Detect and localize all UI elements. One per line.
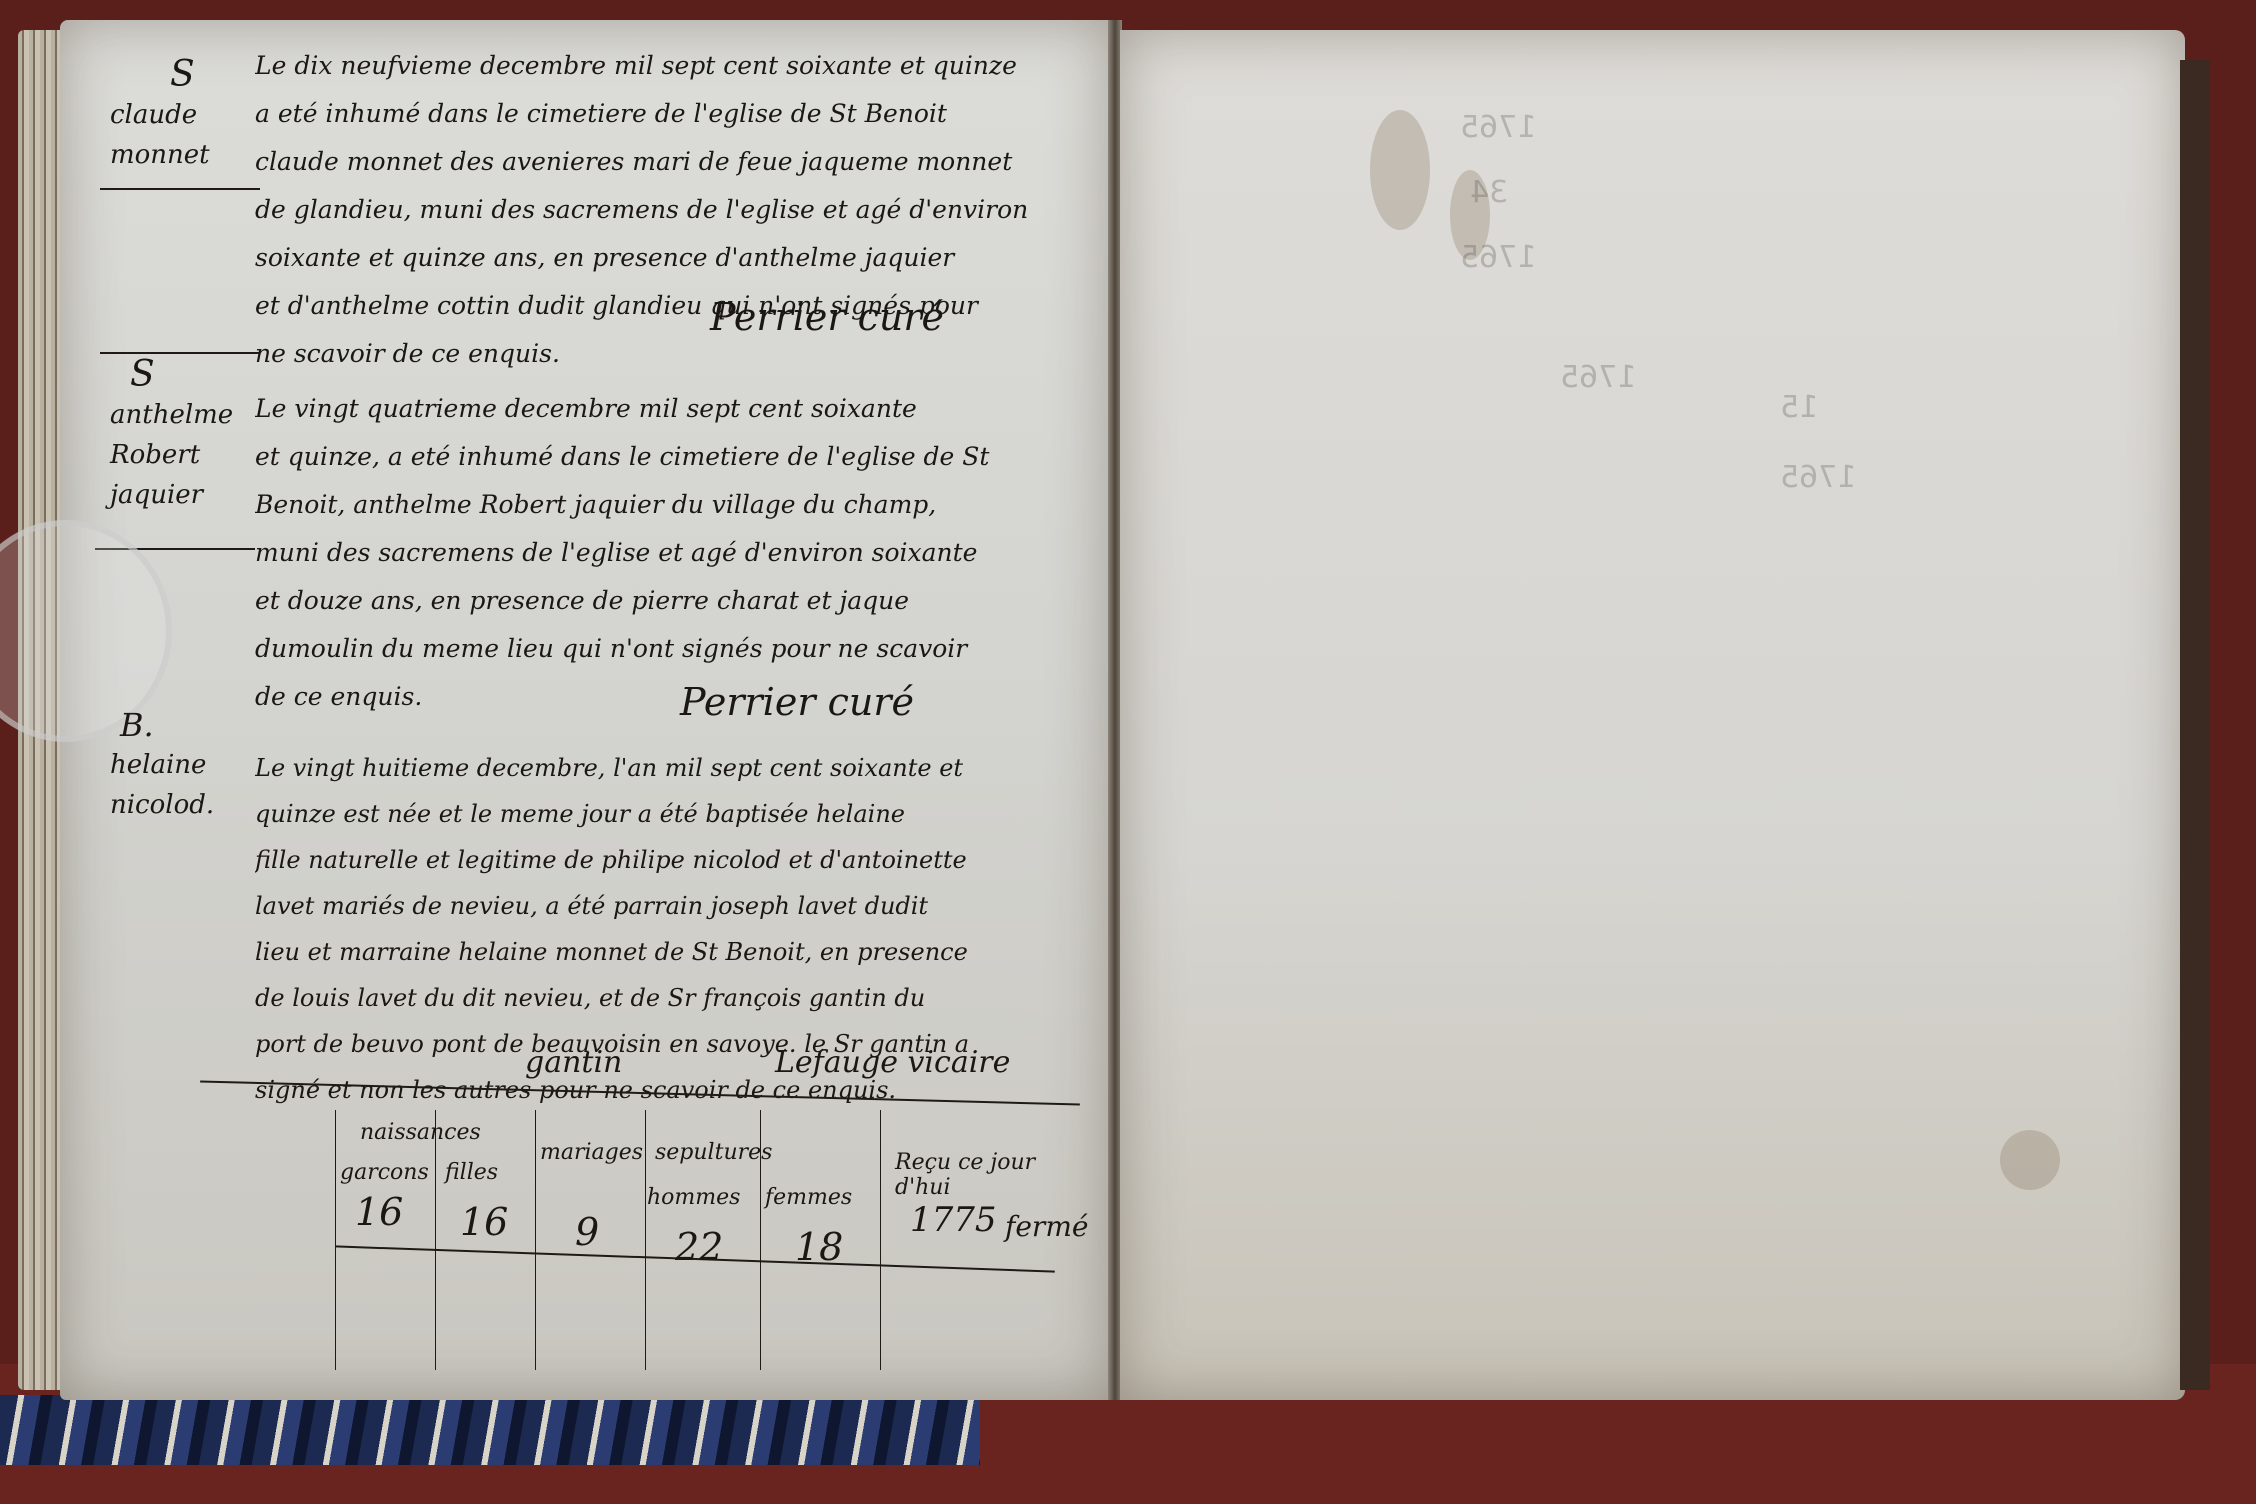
header-mariages: mariages bbox=[540, 1140, 643, 1165]
bleed-through-text: 1765 bbox=[1460, 110, 1536, 145]
annual-summary-table: naissances garcons filles mariages sepul… bbox=[335, 1110, 1095, 1350]
margin-name: nicolod. bbox=[110, 785, 250, 825]
margin-entry-3: B. helaine nicolod. bbox=[110, 705, 250, 825]
header-femmes: femmes bbox=[765, 1185, 852, 1210]
header-naissances: naissances bbox=[360, 1120, 481, 1145]
signature-cure: Perrier curé bbox=[680, 680, 914, 724]
header-note: Reçu ce jour d'hui bbox=[895, 1150, 1095, 1200]
record-type-code: B. bbox=[110, 705, 250, 745]
page-edges-right bbox=[2180, 60, 2210, 1390]
register-entry-1: Le dix neufvieme decembre mil sept cent … bbox=[255, 42, 1085, 378]
margin-name: Robert bbox=[110, 435, 250, 475]
value-femmes: 18 bbox=[795, 1225, 843, 1269]
value-hommes: 22 bbox=[675, 1225, 723, 1269]
header-hommes: hommes bbox=[647, 1185, 740, 1210]
bleed-through-text: 1765 bbox=[1560, 360, 1636, 395]
entry-divider bbox=[100, 188, 260, 190]
bleed-through-text: 15 bbox=[1780, 390, 1818, 425]
value-garcons: 16 bbox=[355, 1190, 403, 1234]
record-type-code: S bbox=[110, 355, 250, 395]
signature-vicaire: Lefauge vicaire bbox=[775, 1045, 1010, 1080]
value-note-extra: fermé bbox=[1005, 1210, 1088, 1243]
signature-gantin: gantin bbox=[525, 1045, 622, 1080]
open-register: 1765 34 1765 1765 15 1765 S claude monne… bbox=[0, 0, 2210, 1420]
margin-entry-1: S claude monnet bbox=[110, 55, 250, 175]
margin-name: monnet bbox=[110, 135, 250, 175]
bleed-through-text: 1765 bbox=[1780, 460, 1856, 495]
header-filles: filles bbox=[445, 1160, 498, 1185]
header-sepultures: sepultures bbox=[655, 1140, 772, 1165]
bleed-through-text: 1765 bbox=[1460, 240, 1536, 275]
entry-divider bbox=[100, 352, 260, 354]
value-filles: 16 bbox=[460, 1200, 508, 1244]
margin-entry-2: S anthelme Robert jaquier bbox=[110, 355, 250, 515]
margin-name: helaine bbox=[110, 745, 250, 785]
right-page bbox=[1120, 30, 2185, 1400]
bleed-through-text: 34 bbox=[1470, 175, 1508, 210]
value-year: 1775 bbox=[910, 1200, 997, 1240]
register-entry-2: Le vingt quatrieme decembre mil sept cen… bbox=[255, 385, 1085, 721]
value-mariages: 9 bbox=[575, 1210, 599, 1254]
signature-cure: Perrier curé bbox=[710, 295, 944, 339]
header-garcons: garcons bbox=[340, 1160, 429, 1185]
margin-name: jaquier bbox=[110, 475, 250, 515]
margin-name: anthelme bbox=[110, 395, 250, 435]
margin-name: claude bbox=[110, 95, 250, 135]
record-type-code: S bbox=[110, 55, 250, 95]
